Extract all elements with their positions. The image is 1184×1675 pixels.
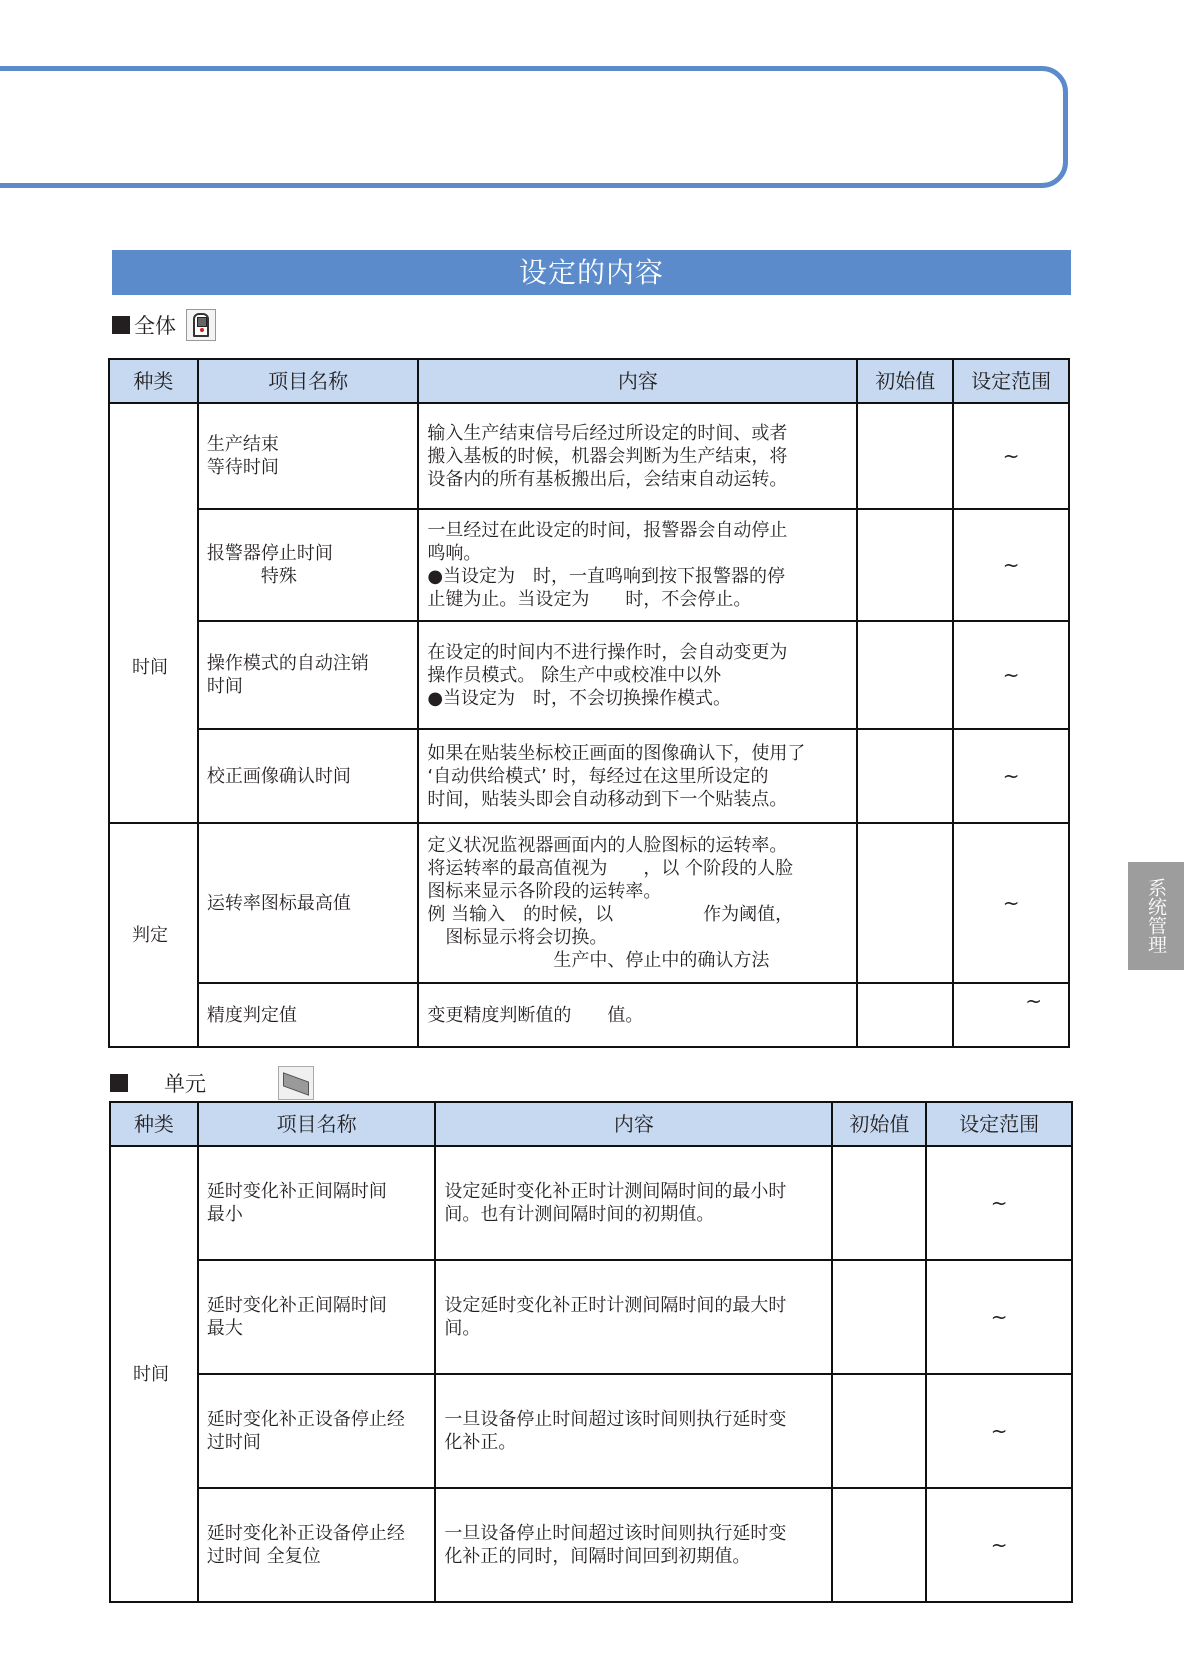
item-name: 运转率图标最高值 [198, 823, 419, 983]
header-category: 种类 [109, 359, 198, 403]
header-content: 内容 [418, 359, 857, 403]
initial-value [857, 823, 953, 983]
item-description: 设定延时变化补正时计测间隔时间的最大时 间。 [435, 1260, 832, 1374]
initial-value [857, 403, 953, 509]
initial-value [832, 1146, 926, 1260]
item-description: 定义状况监视器画面内的人脸图标的运转率。 将运转率的最高值视为 ，以 个阶段的人… [418, 823, 857, 983]
item-description: 一旦设备停止时间超过该时间则执行延时变 化补正的同时，间隔时间回到初期值。 [435, 1488, 832, 1602]
item-name: 延时变化补正设备停止经 过时间 全复位 [198, 1488, 435, 1602]
item-name: 延时变化补正间隔时间 最大 [198, 1260, 435, 1374]
table-row: 精度判定值 变更精度判断值的 值。 ~ [109, 983, 1069, 1047]
item-description: 一旦经过在此设定的时间，报警器会自动停止 鸣响。 ●当设定为 时，一直鸣响到按下… [418, 509, 857, 621]
settings-table-unit: 种类 项目名称 内容 初始值 设定范围 时间 延时变化补正间隔时间 最小 设定延… [109, 1101, 1073, 1603]
item-description: 在设定的时间内不进行操作时，会自动变更为 操作员模式。 除生产中或校准中以外 ●… [418, 621, 857, 729]
item-name: 生产结束 等待时间 [198, 403, 419, 509]
settings-table-overall: 种类 项目名称 内容 初始值 设定范围 时间 生产结束 等待时间 输入生产结束信… [108, 358, 1070, 1048]
initial-value [832, 1374, 926, 1488]
header-initial-value: 初始值 [857, 359, 953, 403]
item-description: 如果在贴装坐标校正画面的图像确认下，使用了 ‘自动供给模式’ 时，每经过在这里所… [418, 729, 857, 823]
setting-range: ~ [953, 983, 1069, 1047]
table-row: 报警器停止时间 特殊 一旦经过在此设定的时间，报警器会自动停止 鸣响。 ●当设定… [109, 509, 1069, 621]
table-row: 时间 延时变化补正间隔时间 最小 设定延时变化补正时计测间隔时间的最小时 间。也… [110, 1146, 1072, 1260]
item-name: 延时变化补正间隔时间 最小 [198, 1146, 435, 1260]
initial-value [857, 983, 953, 1047]
header-item-name: 项目名称 [198, 1102, 435, 1146]
item-description: 输入生产结束信号后经过所设定的时间、或者 搬入基板的时候，机器会判断为生产结束，… [418, 403, 857, 509]
setting-range: ~ [953, 729, 1069, 823]
category-cell: 时间 [110, 1146, 198, 1602]
initial-value [857, 509, 953, 621]
item-name: 延时变化补正设备停止经 过时间 [198, 1374, 435, 1488]
section-label: 单元 [164, 1068, 206, 1098]
header-setting-range: 设定范围 [926, 1102, 1072, 1146]
setting-range: ~ [926, 1374, 1072, 1488]
square-bullet-icon [110, 1074, 128, 1092]
category-cell: 时间 [109, 403, 198, 823]
table-row: 延时变化补正间隔时间 最大 设定延时变化补正时计测间隔时间的最大时 间。 ~ [110, 1260, 1072, 1374]
side-tab-system-management[interactable]: 系统管理 [1128, 862, 1184, 970]
section-heading-overall: 全体 [112, 309, 216, 341]
table-row: 延时变化补正设备停止经 过时间 全复位 一旦设备停止时间超过该时间则执行延时变 … [110, 1488, 1072, 1602]
initial-value [857, 621, 953, 729]
item-description: 变更精度判断值的 值。 [418, 983, 857, 1047]
header-initial-value: 初始值 [832, 1102, 926, 1146]
table-row: 时间 生产结束 等待时间 输入生产结束信号后经过所设定的时间、或者 搬入基板的时… [109, 403, 1069, 509]
page-title: 设定的内容 [112, 250, 1071, 295]
setting-range: ~ [926, 1260, 1072, 1374]
setting-range: ~ [953, 823, 1069, 983]
table-row: 操作模式的自动注销 时间 在设定的时间内不进行操作时，会自动变更为 操作员模式。… [109, 621, 1069, 729]
table-row: 判定 运转率图标最高值 定义状况监视器画面内的人脸图标的运转率。 将运转率的最高… [109, 823, 1069, 983]
item-name: 校正画像确认时间 [198, 729, 419, 823]
header-setting-range: 设定范围 [953, 359, 1069, 403]
item-description: 设定延时变化补正时计测间隔时间的最小时 间。也有计测间隔时间的初期值。 [435, 1146, 832, 1260]
header-banner [0, 66, 1068, 188]
item-name: 报警器停止时间 特殊 [198, 509, 419, 621]
header-category: 种类 [110, 1102, 198, 1146]
header-content: 内容 [435, 1102, 832, 1146]
setting-range: ~ [953, 403, 1069, 509]
setting-range: ~ [926, 1488, 1072, 1602]
setting-range: ~ [953, 509, 1069, 621]
initial-value [832, 1260, 926, 1374]
table-header-row: 种类 项目名称 内容 初始值 设定范围 [109, 359, 1069, 403]
unit-icon [278, 1066, 314, 1100]
item-name: 操作模式的自动注销 时间 [198, 621, 419, 729]
setting-range: ~ [926, 1146, 1072, 1260]
square-bullet-icon [112, 316, 130, 334]
section-heading-unit: 单元 [110, 1066, 314, 1100]
initial-value [832, 1488, 926, 1602]
header-item-name: 项目名称 [198, 359, 419, 403]
item-description: 一旦设备停止时间超过该时间则执行延时变 化补正。 [435, 1374, 832, 1488]
category-cell: 判定 [109, 823, 198, 1047]
table-row: 延时变化补正设备停止经 过时间 一旦设备停止时间超过该时间则执行延时变 化补正。… [110, 1374, 1072, 1488]
setting-range: ~ [953, 621, 1069, 729]
section-label: 全体 [134, 310, 176, 340]
table-row: 校正画像确认时间 如果在贴装坐标校正画面的图像确认下，使用了 ‘自动供给模式’ … [109, 729, 1069, 823]
initial-value [857, 729, 953, 823]
table-header-row: 种类 项目名称 内容 初始值 设定范围 [110, 1102, 1072, 1146]
item-name: 精度判定值 [198, 983, 419, 1047]
machine-icon [186, 309, 216, 341]
